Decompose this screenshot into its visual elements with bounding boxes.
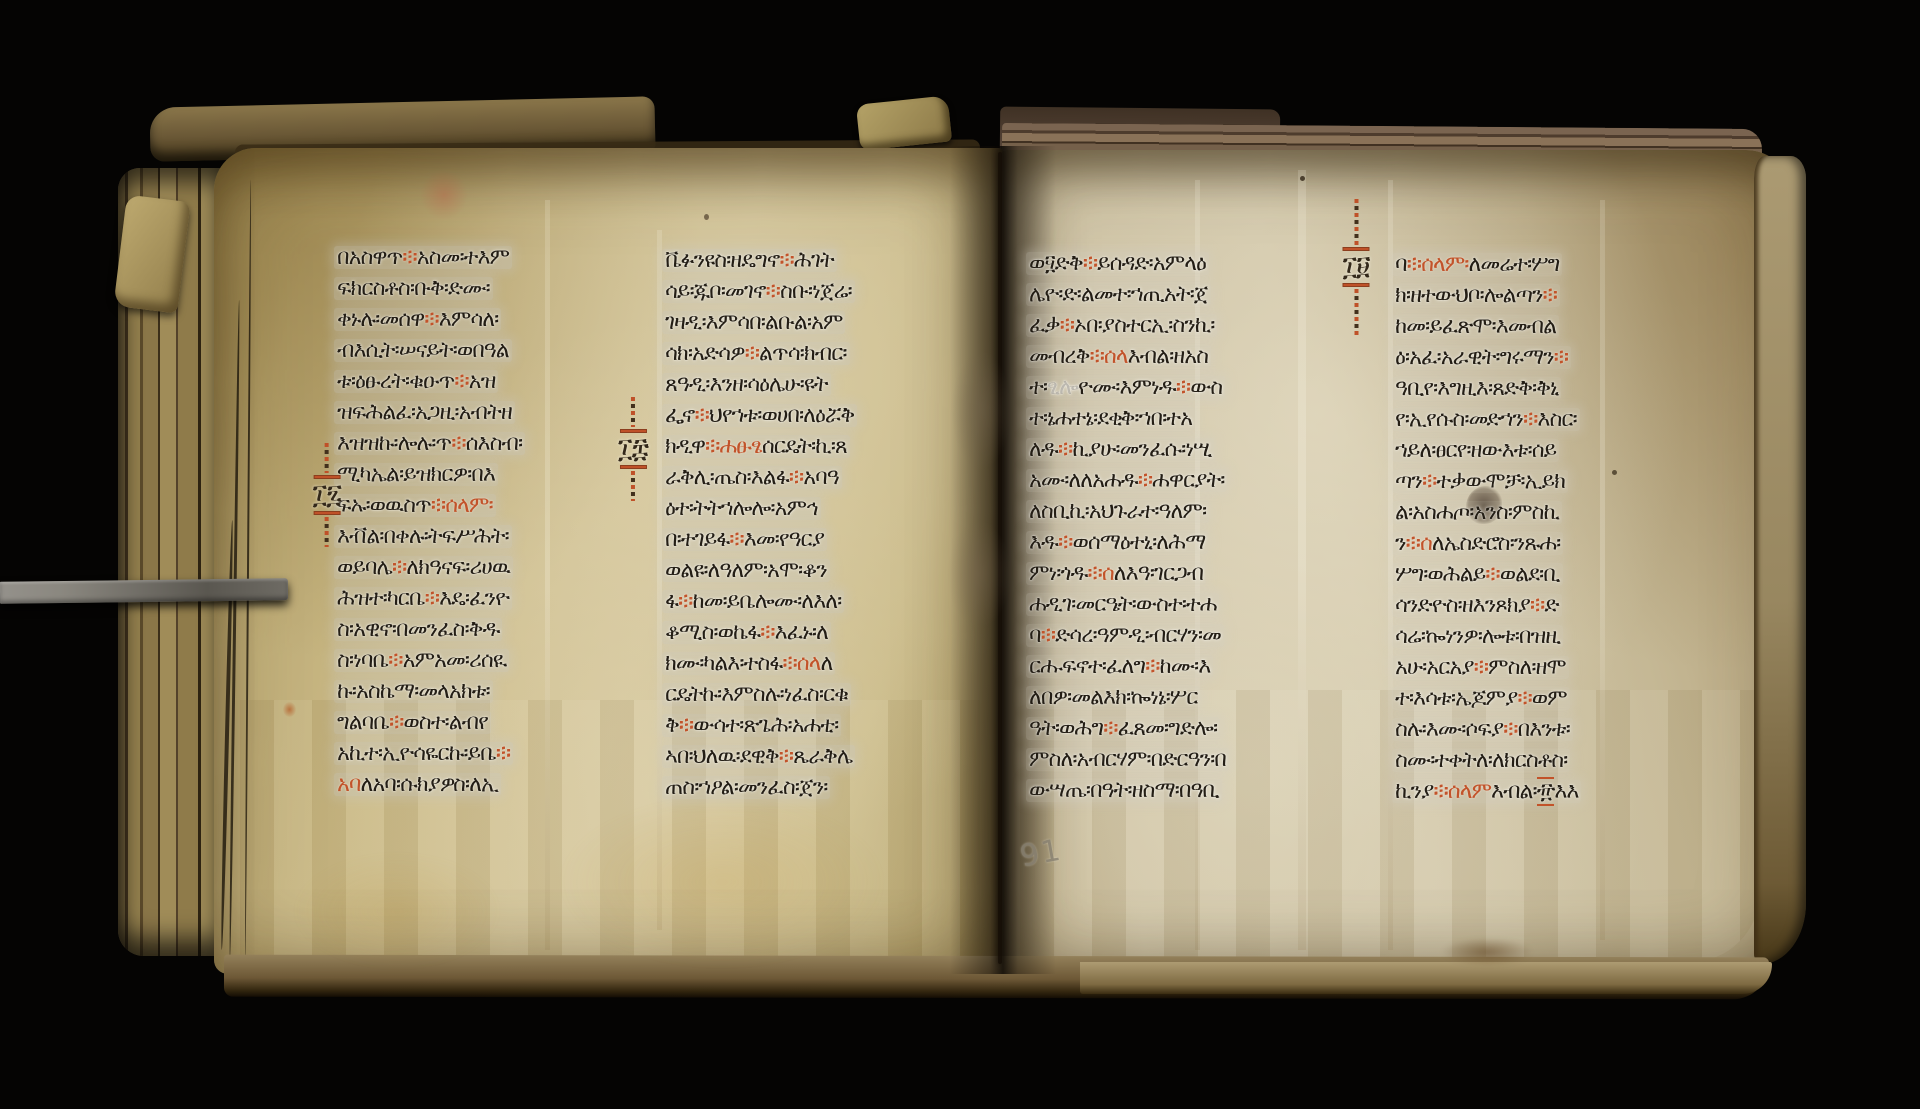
manuscript-text: እመ፡የዓርያ xyxy=(744,527,824,552)
rubricated-text: ፨ xyxy=(1530,593,1544,618)
text-line: ፈቃ፨ኦበ፡ያስተርኢ፡ስንኪ፡ xyxy=(1026,314,1217,337)
manuscript-text: ገዛዲ፡እምሳበ፡ልቡል፡አም xyxy=(665,310,842,335)
manuscript-text: ክ፡ዘተውህቦ፡ሎልጣን xyxy=(1395,283,1543,308)
gutter-stain xyxy=(950,348,1012,472)
manuscript-text: ምነ፡ጎዱ xyxy=(1029,561,1087,586)
text-line: ኪንያ፨ሰላምእብል፡፹እእ xyxy=(1392,780,1581,803)
text-line: ቬፉንዩስ፡ዘዴግኖ፨ሕገት xyxy=(662,249,837,272)
manuscript-text: ለዱ xyxy=(1029,437,1058,462)
manuscript-text: ስ፡ነባቤ xyxy=(337,648,388,673)
text-line: ተ፡እሳቱ፡ኤጆምያ፨ወም xyxy=(1392,687,1570,710)
manuscript-text: ተቃውሞቻ፡ኢይክ xyxy=(1436,469,1565,494)
manuscript-text: ፈቃ xyxy=(1029,313,1060,338)
rubricated-text: ፨ xyxy=(1058,530,1072,555)
text-line: ተ፡ፂሎዮሙ፡እምነዱ፨ውስ xyxy=(1026,376,1225,399)
manuscript-text: ፍክርስቶስ፡ቡቅ፡ድሙ፡ xyxy=(337,276,490,301)
manuscript-text: ወ፶ድቅ xyxy=(1029,251,1083,276)
text-line: ወ፶ድቅ፨ይሰዳድ፡አምላዕ xyxy=(1026,252,1209,275)
rubricated-text: ፨ xyxy=(451,431,465,456)
rubricated-text: ፨ xyxy=(1543,283,1557,308)
section-number: ፲፱ xyxy=(1343,252,1370,282)
manuscript-text: ፌኖ xyxy=(665,403,694,428)
text-line: ስሙ፡ተቀትለ፡ለክርስቶስ፡ xyxy=(1392,749,1570,772)
manuscript-text: ለእዓ፡ገርጋብ xyxy=(1114,561,1203,586)
text-line: ሚካኤል፡ይዝክርዎ፡በእ xyxy=(334,463,498,486)
manuscript-text: ግልባቤ xyxy=(337,710,389,735)
manuscript-text: ሐዲገ፡መርዔት፡ውስተ፡ተሐ xyxy=(1029,592,1216,617)
parchment-stain xyxy=(292,852,502,970)
manuscript-text: እብል፡ዘአስ xyxy=(1128,344,1208,369)
manuscript-text: እቭል፡በቀሉ፡ትፍሥሕት፡ xyxy=(337,524,509,549)
manuscript-text: ኣበ፡ህለዉ፡ደዊቅ xyxy=(665,744,779,769)
rubricated-text: ፨ xyxy=(779,248,793,273)
manuscript-text: ለመሬተ፡ሦግ xyxy=(1469,252,1560,277)
manuscript-text: ምስለ፡አብርሃም፡በድርዓን፡በ xyxy=(1029,747,1226,772)
rubricated-text: ሰ xyxy=(1420,531,1432,556)
parchment-stain xyxy=(552,792,892,972)
manuscript-text: እዝዝኩ፡ሎሉ፡ጥ xyxy=(337,431,451,456)
manuscript-text: ተ፡ xyxy=(1029,375,1047,400)
manuscript-text: ስሉ፡እሙ፡ሶፍያ xyxy=(1395,717,1503,742)
manuscript-text: ቆሚስ፡ወኬፋ xyxy=(665,620,760,645)
section-mark-17: ፲፯ xyxy=(313,442,342,548)
text-line: የ፡ኢየሱስ፡መድኀን፨እስር፡ xyxy=(1392,408,1580,431)
manuscript-text: ሐዋርያት፡ xyxy=(1152,468,1224,493)
text-line: ገዛዲ፡እምሳበ፡ልቡል፡አም xyxy=(662,311,845,334)
parchment-crease xyxy=(1298,170,1306,950)
ribbon-bookmark xyxy=(0,578,288,604)
rubricated-text: ፨ xyxy=(454,369,468,394)
rubricated-text: ፨ xyxy=(388,648,402,673)
rubricated-text: ፨ xyxy=(1554,345,1568,370)
manuscript-text: ፈጸመ፡ግድሎ፡ xyxy=(1118,716,1218,741)
rubricated-text: ፨ xyxy=(678,589,692,614)
manuscript-text: ወልደ፡ቢ xyxy=(1500,562,1560,587)
section-number: ፲፯ xyxy=(313,480,342,510)
text-line: ወይባሌ፨ለክዓናፍ፡ሪሀዉ xyxy=(334,556,513,579)
text-line: ግልባቤ፨ወስተ፡ልብየ xyxy=(334,711,491,734)
rubricated-text: ፨ xyxy=(1103,716,1117,741)
rubricated-text: ፨ xyxy=(1058,437,1072,462)
mark-dotted-flourish xyxy=(325,517,329,547)
rubricated-text: ፨ xyxy=(1083,251,1097,276)
manuscript-text: ውስ xyxy=(1190,375,1222,400)
manuscript-text: ዝፍሕልፈ፡አጋዚ፡አብትዘ xyxy=(337,400,512,425)
rubricated-text: ሰላም፡ xyxy=(1421,252,1468,277)
manuscript-text: እስር፡ xyxy=(1537,407,1576,432)
manuscript-text: አስመ፡ተእም xyxy=(417,245,509,270)
manuscript-text: ለበዎ፡መልእክ፡ኰነኔ፡ሦር xyxy=(1029,685,1197,710)
manuscript-text: ዓት፡ወሕግ xyxy=(1029,716,1103,741)
gutter-stain xyxy=(946,518,1012,630)
manuscript-text: በአስዋጥ xyxy=(337,245,402,270)
rubricated-text: ፨ xyxy=(679,713,693,738)
rubricated-text: ሰላ xyxy=(797,651,821,676)
text-line: ለዱ፨ኪያሁ፡መንፈሱ፡ነሢ xyxy=(1026,438,1214,461)
text-line: ብእሲት፡ሠናይት፡ወበዓል xyxy=(334,339,512,362)
mark-dotted-flourish xyxy=(631,397,635,427)
rubricated-text: ፨ xyxy=(424,307,438,332)
mark-dotted-flourish xyxy=(631,471,635,501)
text-line: ርዴትኩ፡እምስሉ፡ነፈስ፡ርቁ xyxy=(662,683,851,706)
text-line: ከመ፡ይፈጽሞ፡እመብል xyxy=(1392,315,1559,338)
mark-bar xyxy=(313,511,340,515)
text-line: ሳክ፡አድሳዎ፨ልጥሳ፡ክብር፡ xyxy=(662,342,850,365)
text-line: ፋ፨ከመ፡ይቤሎሙ፡ለእለ፡ xyxy=(662,590,844,613)
manuscript-text: ሚካኤል፡ይዝክርዎ፡በእ xyxy=(337,462,495,487)
page-block-bottom-edge-right xyxy=(1080,962,1772,994)
manuscript-text: ቬፉንዩስ፡ዘዴግኖ xyxy=(665,248,779,273)
manuscript-text: አኪተ፡ኢዮሳዬርኩ፡ይቤ xyxy=(337,741,496,766)
manuscript-text: ሕገት xyxy=(794,248,834,273)
manuscript-text: ሰእስብ፡ xyxy=(466,431,523,456)
manuscript-text: እብል፡ xyxy=(1491,779,1537,804)
rubricated-text: ሰ xyxy=(1102,561,1114,586)
manuscript-text: በ፡ተገይፋ xyxy=(665,527,729,552)
manuscript-text: ፍኡ፡ወዉስጥ xyxy=(337,493,431,518)
text-line: ስሉ፡እሙ፡ሶፍያ፨በእንቱ፡ xyxy=(1392,718,1573,741)
rubricated-text: ፨ xyxy=(705,434,719,459)
rubricated-text: ፨ xyxy=(745,341,759,366)
manuscript-text: ወሰማዕተኒ፡ለሕማ xyxy=(1072,530,1205,555)
rubricated-text: ፨ xyxy=(779,744,793,769)
rubricated-text: ሰላም፡ xyxy=(445,493,492,518)
manuscript-text: ኪንያ xyxy=(1395,779,1433,804)
speck xyxy=(704,214,709,220)
text-line: መብረቅ፨ሰላእብል፡ዘአስ xyxy=(1026,345,1211,368)
text-line: ቅ፨ውሳተ፡ጽጌሕ፡አሐቲ፡ xyxy=(662,714,841,737)
text-line: ክሙ፡ካልእ፡ተስፋ፨ሰላለ xyxy=(662,652,835,675)
manuscript-text: ሕዝተ፡ካርቤ xyxy=(337,586,425,611)
manuscript-text: ስቡ፡ነጀሬ፡ xyxy=(780,279,852,304)
manuscript-text: ዮሙ፡እምነዱ xyxy=(1078,375,1176,400)
text-line: ጣን፨ተቃውሞቻ፡ኢይክ xyxy=(1392,470,1568,493)
text-line: ሐዲገ፡መርዔት፡ውስተ፡ተሐ xyxy=(1026,593,1219,616)
manuscript-text: ለክዓናፍ፡ሪሀዉ xyxy=(406,555,510,580)
manuscript-text: ሰርዴት፡ኪ፡ጸ xyxy=(762,434,847,459)
rubricated-text: ፨ xyxy=(1176,375,1190,400)
rubricated-text: አባ xyxy=(337,772,361,797)
manuscript-text: ኀይለ፡ፀርየ፡ዘውእቱ፡ሰይ xyxy=(1395,438,1556,463)
text-line: እቭል፡በቀሉ፡ትፍሥሕት፡ xyxy=(334,525,512,548)
manuscript-text: ወልዩ፡ለዓለም፡አሞ፡ቆን xyxy=(665,558,827,583)
mark-dotted-flourish xyxy=(1354,289,1358,335)
manuscript-text: እዴ፡ፈንዮ xyxy=(439,586,509,611)
text-line: ጸዓዲ፡እንዘ፡ሳዕሌሁ፡ዩት xyxy=(662,373,831,396)
manuscript-text: ፹ xyxy=(1537,777,1555,806)
text-line: ፍክርስቶስ፡ቡቅ፡ድሙ፡ xyxy=(334,277,493,300)
text-line: በአስዋጥ፨አስመ፡ተእም xyxy=(334,246,512,269)
rubricated-text: ፨ xyxy=(1523,407,1537,432)
rubricated-text: ፨ xyxy=(760,620,774,645)
rubricated-text: ፨ xyxy=(425,586,439,611)
text-line: ሕዝተ፡ካርቤ፨እዴ፡ፈንዮ xyxy=(334,587,512,610)
manuscript-text: ከመ፡ይቤሎሙ፡ለእለ፡ xyxy=(692,589,841,614)
text-line: ል፡አስሐጦ፡አንስ፡ምስኪ xyxy=(1392,501,1562,524)
manuscript-text: አሙ፡ለለአሐዱ xyxy=(1029,468,1138,493)
rubricated-text: ፨ xyxy=(789,465,803,490)
text-line: ለበዎ፡መልእክ፡ኰነኔ፡ሦር xyxy=(1026,686,1200,709)
text-line: ፌኖ፨ህየኀቱ፡ወሀበ፡ለዕሯቅ xyxy=(662,404,857,427)
text-line: ኀይለ፡ፀርየ፡ዘውእቱ፡ሰይ xyxy=(1392,439,1559,462)
manuscript-text: ይሰዳድ፡አምላዕ xyxy=(1097,251,1206,276)
manuscript-text: ኪያሁ፡መንፈሱ፡ነሢ xyxy=(1072,437,1211,462)
text-line: እዝዝኩ፡ሎሉ፡ጥ፨ሰእስብ፡ xyxy=(334,432,525,455)
text-line: ስ፡አዊኖ፡በመንፈስ፡ቅዱ xyxy=(334,618,502,641)
rubricated-text: ፨ xyxy=(1485,562,1499,587)
rubricated-text: ሰላ xyxy=(1104,344,1128,369)
rubricated-text: ፨ xyxy=(694,403,708,428)
pigment-fleck xyxy=(283,702,296,717)
manuscript-text: ልጥሳ፡ክብር፡ xyxy=(759,341,847,366)
mark-dotted-flourish xyxy=(325,443,329,473)
manuscript-text: ተ፡ኔሐተኔ፡ደቂቅ፡ኀበ፡ተአ xyxy=(1029,406,1192,431)
speck xyxy=(1300,176,1305,181)
manuscript-text: ን xyxy=(1395,531,1406,556)
rubricated-text: ፨ xyxy=(1145,654,1159,679)
text-line: ሦግ፡ወሕልይ፨ወልደ፡ቢ xyxy=(1392,563,1563,586)
text-line: ሳይ፡ጁቦ፡መገኖ፨ስቡ፡ነጀሬ፡ xyxy=(662,280,855,303)
text-line: ን፨ሰለኤስድሮስ፡ንጹሐ፡ xyxy=(1392,532,1563,555)
manuscript-text: ጠስ፡ኀዖል፡መንፈስ፡ጀን፡ xyxy=(665,775,827,800)
manuscript-text: ፂሎ xyxy=(1047,375,1078,400)
manuscript-text: ከመ፡ይፈጽሞ፡እመብል xyxy=(1395,314,1556,339)
rubricated-text: ፨ xyxy=(1041,623,1055,648)
manuscript-text: ስሙ፡ተቀትለ፡ለክርስቶስ፡ xyxy=(1395,748,1567,773)
text-line: በ፡ተገይፋ፨እመ፡የዓርያ xyxy=(662,528,827,551)
text-line: ሳንድዮስ፡ዘእንጾክያ፨ድ xyxy=(1392,594,1562,617)
manuscript-text: ባ xyxy=(1029,623,1041,648)
manuscript-text: ሳንድዮስ፡ዘእንጾክያ xyxy=(1395,593,1530,618)
mark-bar xyxy=(1343,283,1370,287)
manuscript-text: አባዓ xyxy=(803,465,838,490)
manuscript-text: ድ xyxy=(1544,593,1558,618)
manuscript-text: ክዲዋ xyxy=(665,434,705,459)
manuscript-text: ወይባሌ xyxy=(337,555,392,580)
manuscript-text: ጼራቅሌ xyxy=(793,744,852,769)
rubricated-text: ፨ xyxy=(766,279,780,304)
section-mark-18: ፲፰ xyxy=(618,396,648,502)
manuscript-text: ለስቢኪ፡አህጉራተ፡ዓለም፡ xyxy=(1029,499,1206,524)
left-page-column-1: በአስዋጥ፨አስመ፡ተእምፍክርስቶስ፡ቡቅ፡ድሙ፡ቀኑሉ፡መሰዋ፨እምሳለ፡ብ… xyxy=(334,246,525,804)
manuscript-text: ኦበ፡ያስተርኢ፡ስንኪ፡ xyxy=(1074,313,1214,338)
manuscript-text: ውሣጤ፡በዓት፡ዘስማ፡በዓቢ xyxy=(1029,778,1219,803)
rubricated-text: ፨ xyxy=(496,741,510,766)
manuscript-text: እእ xyxy=(1554,779,1578,804)
text-line: ኩ፡አስኬማ፡መላአክቱ፡ xyxy=(334,680,493,703)
rubricated-text: ሰላም xyxy=(1448,779,1491,804)
text-line: ዕተ፡ትትኀሎሎ፡አምኅ xyxy=(662,497,821,520)
section-mark-19: ፲፱ xyxy=(1343,198,1370,336)
manuscript-text: ውሳተ፡ጽጌሕ፡አሐቲ፡ xyxy=(693,713,838,738)
page-corner-chunk xyxy=(113,195,190,314)
manuscript-text: ወስተ፡ልብየ xyxy=(403,710,487,735)
rubricated-text: ሐፁፄ xyxy=(719,434,761,459)
manuscript-text: የ፡ኢየሱስ፡መድኀን xyxy=(1395,407,1523,432)
manuscript-text: ሳይ፡ጁቦ፡መገኖ xyxy=(665,279,766,304)
text-line: ዝፍሕልፈ፡አጋዚ፡አብትዘ xyxy=(334,401,515,424)
rubricated-text: ፨ xyxy=(782,651,796,676)
text-line: ራቅሊ፡ጤስ፡እልፋ፨አባዓ xyxy=(662,466,842,489)
manuscript-text: ከሙ፡እ xyxy=(1160,654,1211,679)
manuscript-text: ዓቢየ፡እግዚእ፡ጸድቅ፡ቅኒ xyxy=(1395,376,1558,401)
manuscript-text: ቀኑሉ፡መሰዋ xyxy=(337,307,424,332)
manuscript-text: ርዴትኩ፡እምስሉ፡ነፈስ፡ርቁ xyxy=(665,682,848,707)
manuscript-text: እምሳለ፡ xyxy=(439,307,499,332)
manuscript-text: ሳሬ፡ኰነንዎ፡ሎቱ፡በዝዚ xyxy=(1395,624,1560,649)
rubricated-text: ፨ xyxy=(1138,468,1152,493)
rubricated-text: ፨ xyxy=(389,710,403,735)
rubricated-text: ፨ xyxy=(1406,531,1420,556)
rubricated-text: ፨ xyxy=(1407,252,1421,277)
right-page-column-1: ወ፶ድቅ፨ይሰዳድ፡አምላዕሌዮ፡ድ፡ልመተ፡ኀጢአት፡ጀፈቃ፨ኦበ፡ያስተርኢ… xyxy=(1026,252,1229,810)
manuscript-text: ሳክ፡አድሳዎ xyxy=(665,341,745,366)
text-line: ዓቢየ፡እግዚእ፡ጸድቅ፡ቅኒ xyxy=(1392,377,1561,400)
right-page-column-2: ባ፨ሰላም፡ለመሬተ፡ሦግክ፡ዘተውህቦ፡ሎልጣን፨ከመ፡ይፈጽሞ፡እመብልዕ፡… xyxy=(1392,253,1581,811)
text-line: ቀኑሉ፡መሰዋ፨እምሳለ፡ xyxy=(334,308,501,331)
text-line: ስ፡ነባቤ፨አምአመ፡ሪሰዪ xyxy=(334,649,509,672)
text-line: ቱ፡ዕፁረት፡ቁዑጥ፨አዝ xyxy=(334,370,498,393)
text-line: አሙ፡ለለአሐዱ፨ሐዋርያት፡ xyxy=(1026,469,1227,492)
manuscript-text: ወም xyxy=(1532,686,1567,711)
parchment-crease xyxy=(1600,200,1605,940)
text-line: ምስለ፡አብርሃም፡በድርዓን፡በ xyxy=(1026,748,1229,771)
text-line: ኣበ፡ህለዉ፡ደዊቅ፨ጼራቅሌ xyxy=(662,745,855,768)
text-line: ዓት፡ወሕግ፨ፈጸመ፡ግድሎ፡ xyxy=(1026,717,1220,740)
manuscript-text: ለአባ፡ሱክያዎስ፡ለኢ xyxy=(361,772,499,797)
text-line: ቆሚስ፡ወኬፋ፨እፈኑ፡ለ xyxy=(662,621,831,644)
manuscript-text: ቱ፡ዕፁረት፡ቁዑጥ xyxy=(337,369,454,394)
fore-edge-right xyxy=(1754,156,1806,964)
pencil-folio-number: 91 xyxy=(1017,833,1065,875)
manuscript-text: ተ፡እሳቱ፡ኤጆምያ xyxy=(1395,686,1517,711)
speck xyxy=(1612,470,1617,475)
text-line: ባ፨ሰላም፡ለመሬተ፡ሦግ xyxy=(1392,253,1562,276)
text-line: ሳሬ፡ኰነንዎ፡ሎቱ፡በዝዚ xyxy=(1392,625,1563,648)
text-line: ሌዮ፡ድ፡ልመተ፡ኀጢአት፡ጀ xyxy=(1026,283,1211,306)
mark-dotted-flourish xyxy=(1354,199,1358,245)
manuscript-text: ጸዓዲ፡እንዘ፡ሳዕሌሁ፡ዩት xyxy=(665,372,828,397)
manuscript-text: ብእሲት፡ሠናይት፡ወበዓል xyxy=(337,338,509,363)
manuscript-text: ሌዮ፡ድ፡ልመተ፡ኀጢአት፡ጀ xyxy=(1029,282,1208,307)
manuscript-text: በእንቱ፡ xyxy=(1518,717,1570,742)
manuscript-text: ኩ፡አስኬማ፡መላአክቱ፡ xyxy=(337,679,490,704)
manuscript-text: ድሳረ፡ዓምዲ፡ብርሃን፡መ xyxy=(1055,623,1221,648)
rubricated-text: ፨ xyxy=(1060,313,1074,338)
text-line: ክዲዋ፨ሐፁፄሰርዴት፡ኪ፡ጸ xyxy=(662,435,850,458)
text-line: ዕ፡አፈ፡አራዊት፡ግሩማን፨ xyxy=(1392,346,1571,369)
rubricated-text: ፨ xyxy=(1474,655,1488,680)
text-line: ርሑፍኖተ፡ፈለግ፨ከሙ፡እ xyxy=(1026,655,1213,678)
section-number: ፲፰ xyxy=(618,434,648,464)
rubricated-text: ፨ xyxy=(1089,344,1103,369)
rubricated-text: ፨ xyxy=(1433,779,1447,804)
text-line: ተ፡ኔሐተኔ፡ደቂቅ፡ኀበ፡ተአ xyxy=(1026,407,1195,430)
rubricated-text: ፨ xyxy=(392,555,406,580)
rubricated-text: ፨ xyxy=(1503,717,1517,742)
edge-stain xyxy=(1442,938,1532,966)
text-line: እዱ፨ወሰማዕተኒ፡ለሕማ xyxy=(1026,531,1208,554)
parchment-crease xyxy=(545,200,550,950)
manuscript-text: አሁ፡አርአያ xyxy=(1395,655,1474,680)
manuscript-text: ጣን xyxy=(1395,469,1422,494)
manuscript-text: እፈኑ፡ለ xyxy=(775,620,828,645)
rubricated-text: ፨ xyxy=(431,493,445,518)
rubricated-text: ፨ xyxy=(1087,561,1101,586)
manuscript-text: ባ xyxy=(1395,252,1407,277)
manuscript-text: ሦግ፡ወሕልይ xyxy=(1395,562,1485,587)
manuscript-text: ዕተ፡ትትኀሎሎ፡አምኅ xyxy=(665,496,818,521)
manuscript-text: አዝ xyxy=(469,369,496,394)
text-line: ምነ፡ጎዱ፨ሰለእዓ፡ገርጋብ xyxy=(1026,562,1206,585)
manuscript-text: ስ፡አዊኖ፡በመንፈስ፡ቅዱ xyxy=(337,617,499,642)
rubricated-text: ፨ xyxy=(1517,686,1531,711)
text-line: ፍኡ፡ወዉስጥ፨ሰላም፡ xyxy=(334,494,496,517)
manuscript-text: ምስለ፡ዘሞ xyxy=(1488,655,1566,680)
manuscript-text: መብረቅ xyxy=(1029,344,1089,369)
manuscript-text: እዱ xyxy=(1029,530,1058,555)
rubricated-text: ፨ xyxy=(402,245,416,270)
manuscript-text: ርሑፍኖተ፡ፈለግ xyxy=(1029,654,1145,679)
manuscript-text: አምአመ፡ሪሰዪ xyxy=(403,648,507,673)
photo-canvas: { "photo": { "background_color": "#05040… xyxy=(0,0,1920,1109)
text-line: ክ፡ዘተውህቦ፡ሎልጣን፨ xyxy=(1392,284,1560,307)
manuscript-text: ቅ xyxy=(665,713,679,738)
text-line: ውሣጤ፡በዓት፡ዘስማ፡በዓቢ xyxy=(1026,779,1222,802)
rubricated-text: ፨ xyxy=(1422,469,1436,494)
manuscript-text: ክሙ፡ካልእ፡ተስፋ xyxy=(665,651,782,676)
text-line: አሁ፡አርአያ፨ምስለ፡ዘሞ xyxy=(1392,656,1569,679)
manuscript-text: ል፡አስሐጦ፡አንስ፡ምስኪ xyxy=(1395,500,1559,525)
deckle-edge-gutter-chunk xyxy=(856,95,952,150)
left-page-column-2: ቬፉንዩስ፡ዘዴግኖ፨ሕገትሳይ፡ጁቦ፡መገኖ፨ስቡ፡ነጀሬ፡ገዛዲ፡እምሳበ፡… xyxy=(662,249,857,807)
text-line: ጠስ፡ኀዖል፡መንፈስ፡ጀን፡ xyxy=(662,776,830,799)
rubricated-text: ፨ xyxy=(729,527,743,552)
manuscript-text: ለ xyxy=(820,651,832,676)
text-line: ወልዩ፡ለዓለም፡አሞ፡ቆን xyxy=(662,559,830,582)
manuscript-text: ለኤስድሮስ፡ንጹሐ፡ xyxy=(1432,531,1560,556)
text-line: አባለአባ፡ሱክያዎስ፡ለኢ xyxy=(334,773,501,796)
mark-bar xyxy=(620,465,647,469)
text-line: ለስቢኪ፡አህጉራተ፡ዓለም፡ xyxy=(1026,500,1209,523)
manuscript-text: ፋ xyxy=(665,589,678,614)
manuscript-text: ህየኀቱ፡ወሀበ፡ለዕሯቅ xyxy=(709,403,854,428)
text-line: ባ፨ድሳረ፡ዓምዲ፡ብርሃን፡መ xyxy=(1026,624,1224,647)
text-line: አኪተ፡ኢዮሳዬርኩ፡ይቤ፨ xyxy=(334,742,513,765)
manuscript-text: ዕ፡አፈ፡አራዊት፡ግሩማን xyxy=(1395,345,1554,370)
red-ink-smudge xyxy=(418,168,470,222)
manuscript-text: ራቅሊ፡ጤስ፡እልፋ xyxy=(665,465,789,490)
